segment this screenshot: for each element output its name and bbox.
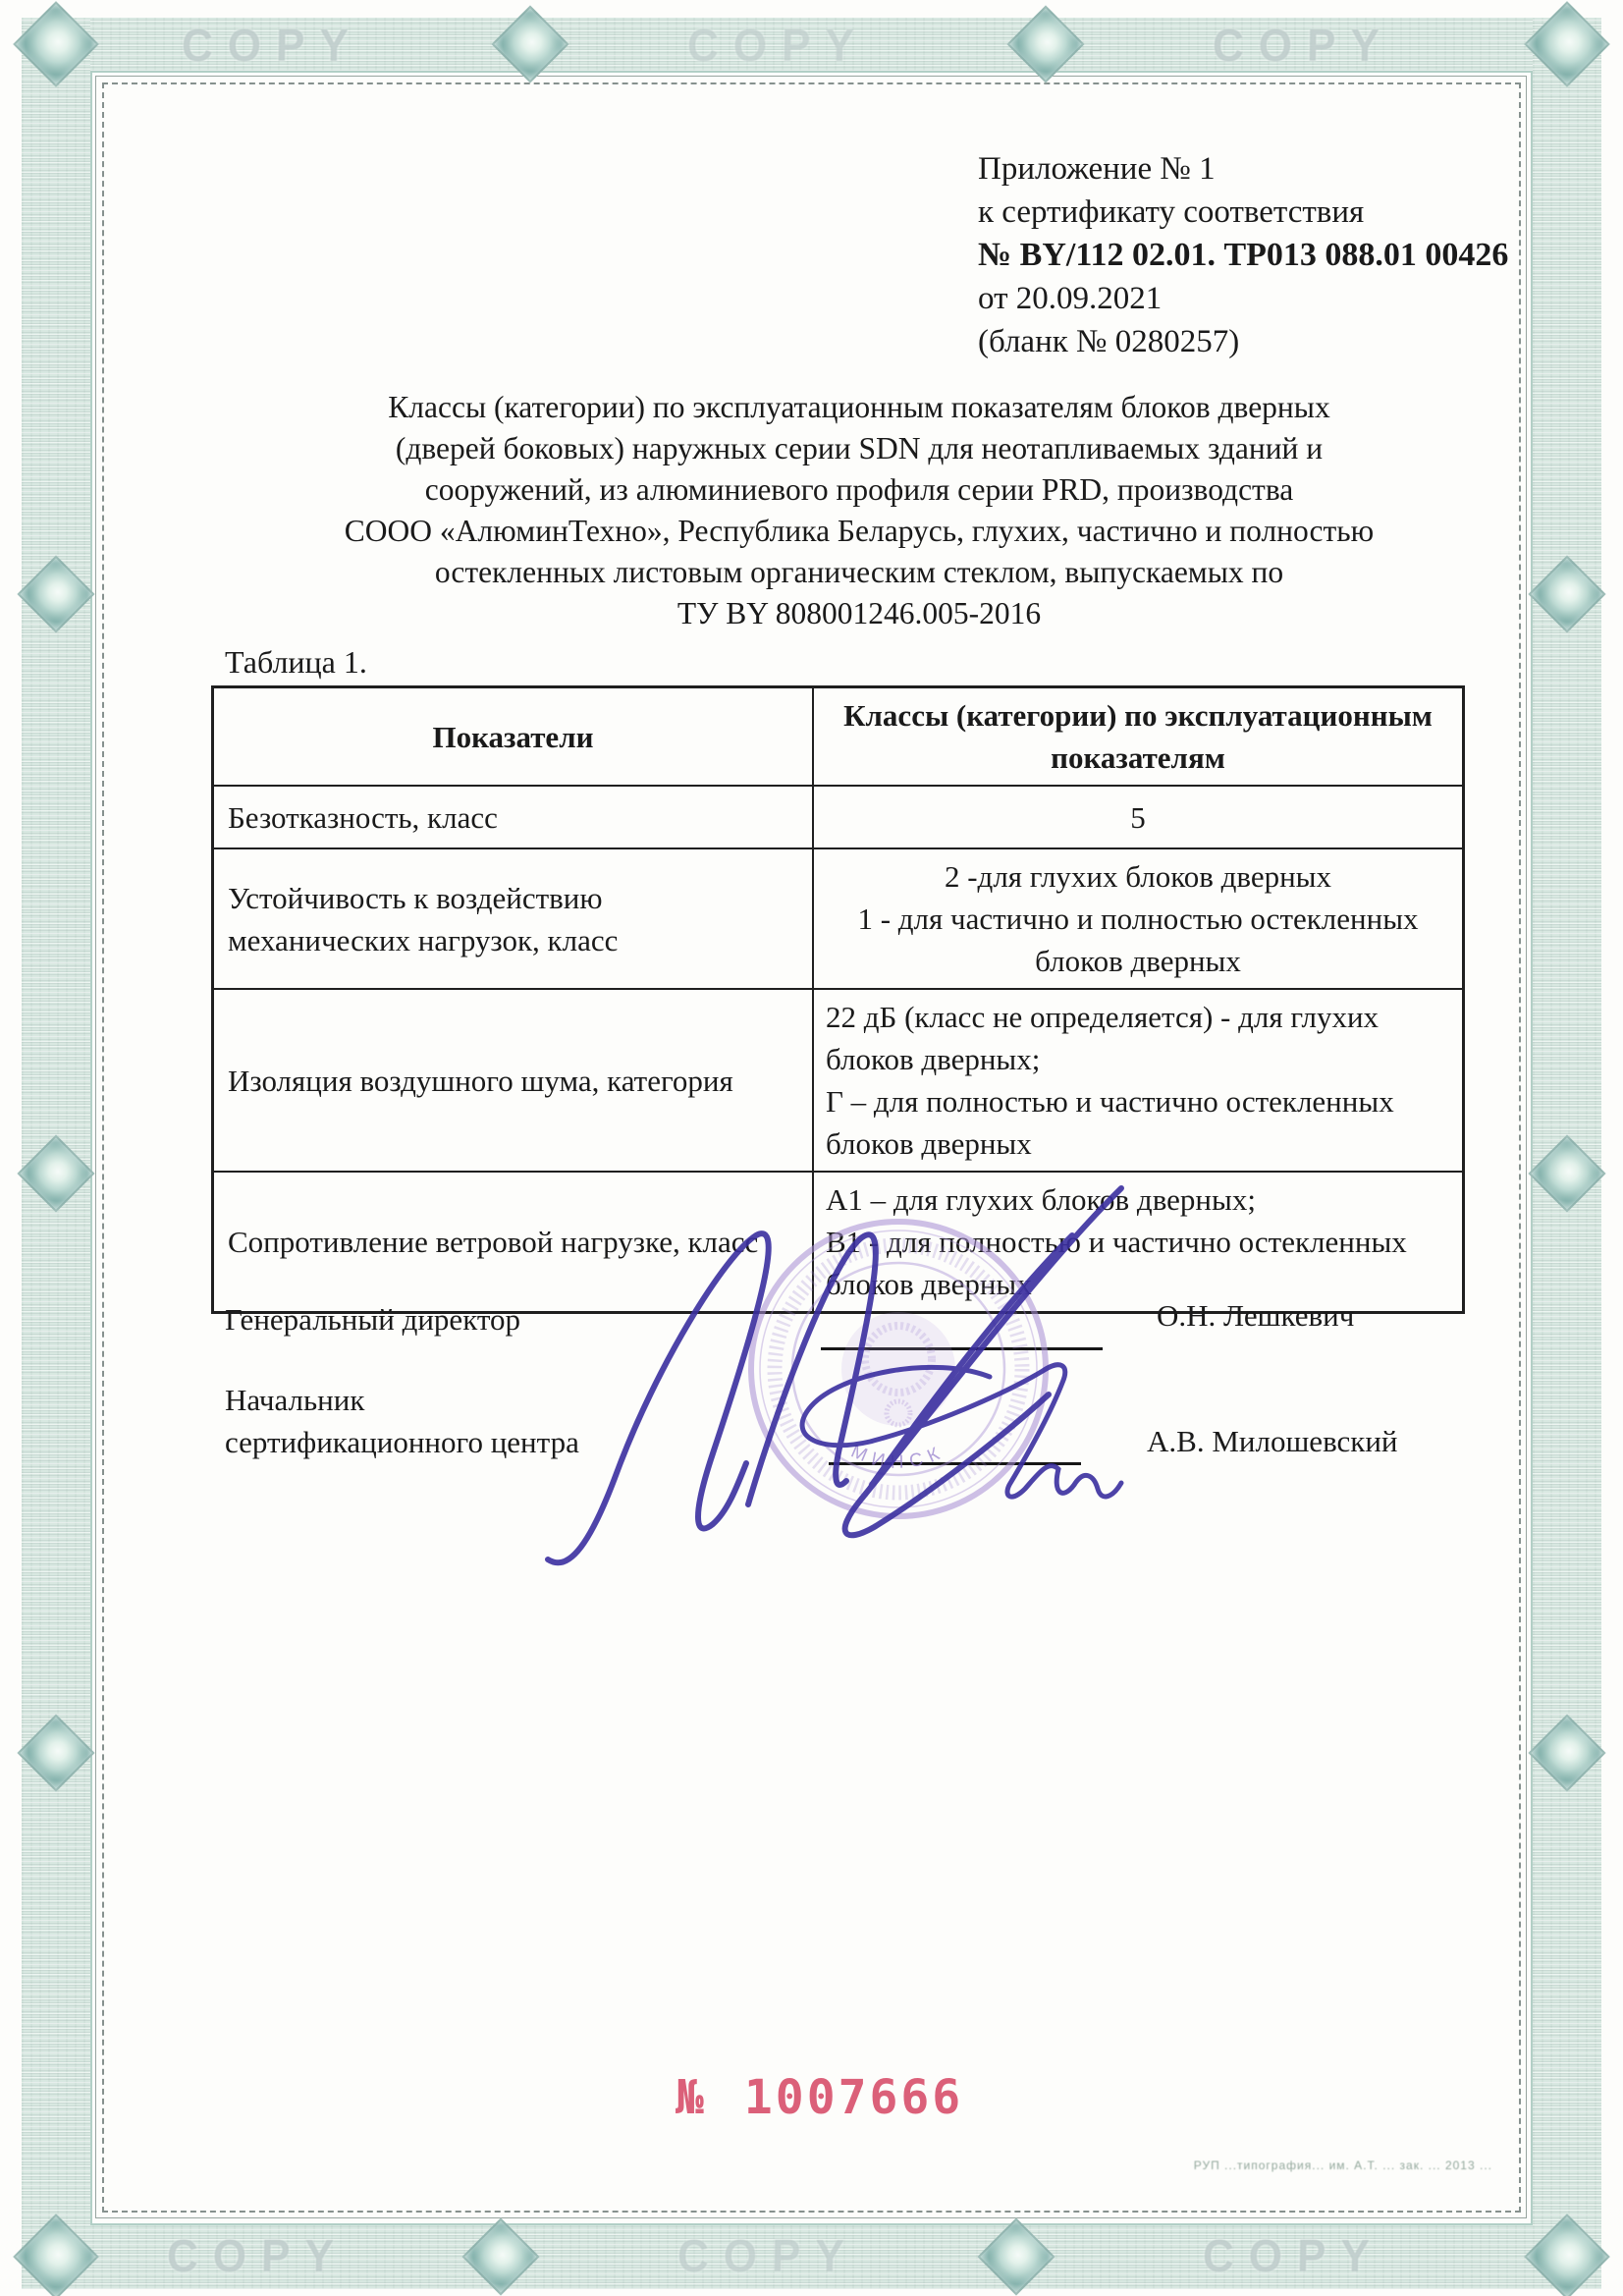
copy-watermark: COPY [687, 21, 870, 73]
certificate-date: от 20.09.2021 [978, 277, 1508, 320]
value-line: 1 - для частично и полностью остекленных… [826, 898, 1450, 982]
column-header-classes: Классы (категории) по эксплуатационным п… [813, 687, 1464, 787]
signatory-name-director: О.Н. Лешкевич [1157, 1298, 1354, 1334]
copy-watermark: COPY [182, 21, 364, 73]
indicator-cell: Изоляция воздушного шума, категория [213, 989, 814, 1172]
value-cell: 5 [813, 786, 1464, 848]
certificate-annex-page: COPY COPY COPY COPY COPY COPY Приложение… [0, 0, 1623, 2296]
value-cell: 22 дБ (класс не определяется) - для глух… [813, 989, 1464, 1172]
table-label: Таблица 1. [225, 644, 367, 681]
table-row: Безотказность, класс 5 [213, 786, 1464, 848]
form-serial-number: № 1007666 [676, 2070, 963, 2125]
copy-watermark: COPY [167, 2231, 350, 2283]
indicator-cell: Устойчивость к воздействию механических … [213, 848, 814, 989]
value-line: Г – для полностью и частично остекленных… [826, 1080, 1450, 1165]
value-line: 5 [826, 796, 1450, 839]
certificate-reference-label: к сертификату соответствия [978, 191, 1508, 234]
copy-watermark: COPY [1203, 2231, 1385, 2283]
signatory-name-cert-center-head: А.В. Милошевский [1147, 1424, 1398, 1459]
handwritten-signature [511, 1159, 1159, 1611]
document-header: Приложение № 1 к сертификату соответстви… [978, 147, 1508, 363]
certificate-number: № BY/112 02.01. ТР013 088.01 00426 [978, 234, 1508, 277]
document-title: Классы (категории) по эксплуатационным п… [245, 387, 1473, 634]
title-line: Классы (категории) по эксплуатационным п… [245, 387, 1473, 428]
copy-watermark: COPY [677, 2231, 860, 2283]
table-row: Устойчивость к воздействию механических … [213, 848, 1464, 989]
title-line: ТУ BY 808001246.005-2016 [245, 593, 1473, 634]
value-cell: 2 -для глухих блоков дверных 1 - для час… [813, 848, 1464, 989]
indicator-cell: Безотказность, класс [213, 786, 814, 848]
title-line: (дверей боковых) наружных серии SDN для … [245, 428, 1473, 469]
copy-watermark: COPY [1213, 21, 1395, 73]
title-line: СООО «АлюминТехно», Республика Беларусь,… [245, 511, 1473, 552]
value-line: 2 -для глухих блоков дверных [826, 855, 1450, 898]
annex-label: Приложение № 1 [978, 147, 1508, 191]
title-line: сооружений, из алюминиевого профиля сери… [245, 469, 1473, 511]
printer-imprint: РУП ...типография... им. А.Т. ... зак. .… [1080, 2159, 1492, 2172]
serial-digits: 1007666 [744, 2070, 963, 2125]
value-line: 22 дБ (класс не определяется) - для глух… [826, 996, 1450, 1080]
blank-number: (бланк № 0280257) [978, 320, 1508, 363]
serial-prefix: № [676, 2070, 707, 2125]
column-header-indicators: Показатели [213, 687, 814, 787]
title-line: остекленных листовым органическим стекло… [245, 552, 1473, 593]
table-header-row: Показатели Классы (категории) по эксплуа… [213, 687, 1464, 787]
table-row: Изоляция воздушного шума, категория 22 д… [213, 989, 1464, 1172]
